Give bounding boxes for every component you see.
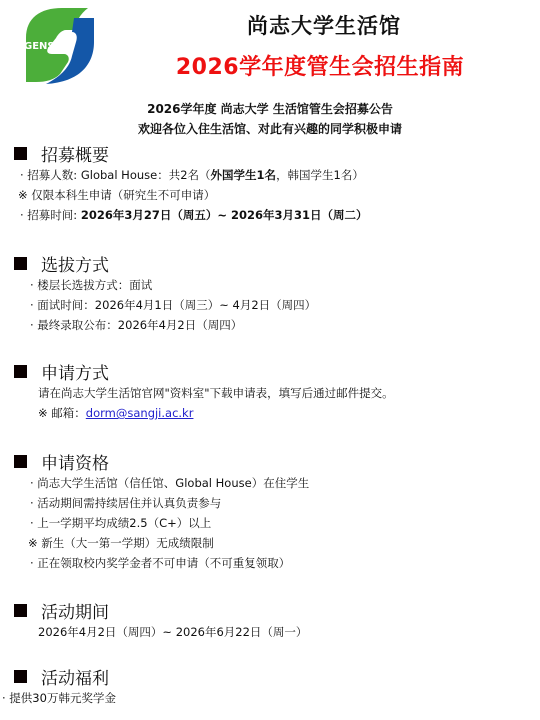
section-title: 申请资格	[41, 449, 109, 474]
list-item: · 尚志大学生活馆（信任馆、Global House）在住学生	[14, 473, 540, 493]
list-item: · 最终录取公布：2026年4月2日（周四）	[14, 315, 540, 335]
page-title: 尚志大学生活馆	[0, 10, 540, 40]
recruit-period-line: · 招募时间: 2026年3月27日（周五）~ 2026年3月31日（周二）	[14, 205, 540, 225]
recruit-count-line: · 招募人数: Global House：共2名（外国学生1名，韩国学生1名）	[14, 165, 540, 185]
page-subtitle: 2026学年度管生会招生指南	[0, 50, 540, 81]
list-item: · 面试时间：2026年4月1日（周三）~ 4月2日（周四）	[14, 295, 540, 315]
section-benefits: 活动福利 · 提供30万韩元奖学金	[14, 664, 540, 708]
list-item: · 活动期间需持续居住并认真负责参与	[14, 493, 540, 513]
email-link[interactable]: dorm@sangji.ac.kr	[86, 406, 194, 420]
list-item: · 楼层长选拔方式：面试	[14, 275, 540, 295]
list-item: · 提供30万韩元奖学金	[2, 688, 540, 708]
square-bullet-icon	[14, 604, 27, 617]
square-bullet-icon	[14, 365, 27, 378]
section-activity-period: 活动期间 2026年4月2日（周四）~ 2026年6月22日（周一）	[14, 598, 540, 642]
email-line: ※ 邮箱：dorm@sangji.ac.kr	[14, 403, 540, 423]
section-title: 活动福利	[41, 664, 109, 689]
activity-period-line: 2026年4月2日（周四）~ 2026年6月22日（周一）	[14, 622, 540, 642]
intro-line: 2026学年度 尚志大学 生活馆管生会招募公告	[0, 99, 540, 119]
intro-line: 欢迎各位入住生活馆、对此有兴趣的同学积极申请	[0, 119, 540, 139]
note-line: ※ 仅限本科生申请（研究生不可申请）	[14, 185, 540, 205]
section-title: 招募概要	[41, 141, 109, 166]
section-application-method: 申请方式 请在尚志大学生活馆官网"资料室"下载申请表，填写后通过邮件提交。 ※ …	[14, 359, 540, 423]
list-item: · 正在领取校内奖学金者不可申请（不可重复领取）	[14, 553, 540, 573]
square-bullet-icon	[14, 257, 27, 270]
intro-block: 2026学年度 尚志大学 生活馆管生会招募公告 欢迎各位入住生活馆、对此有兴趣的…	[0, 99, 540, 139]
list-item: · 上一学期平均成绩2.5（C+）以上	[14, 513, 540, 533]
section-recruitment-overview: 招募概要 · 招募人数: Global House：共2名（外国学生1名，韩国学…	[14, 141, 540, 225]
section-eligibility: 申请资格 · 尚志大学生活馆（信任馆、Global House）在住学生 · 活…	[14, 449, 540, 573]
application-instructions: 请在尚志大学生活馆官网"资料室"下载申请表，填写后通过邮件提交。	[14, 383, 540, 403]
note-line: ※ 新生（大一第一学期）无成绩限制	[14, 533, 540, 553]
section-title: 活动期间	[41, 598, 109, 623]
square-bullet-icon	[14, 455, 27, 468]
section-title: 申请方式	[41, 359, 109, 384]
square-bullet-icon	[14, 147, 27, 160]
section-selection-method: 选拔方式 · 楼层长选拔方式：面试 · 面试时间：2026年4月1日（周三）~ …	[14, 251, 540, 335]
section-title: 选拔方式	[41, 251, 109, 276]
square-bullet-icon	[14, 670, 27, 683]
